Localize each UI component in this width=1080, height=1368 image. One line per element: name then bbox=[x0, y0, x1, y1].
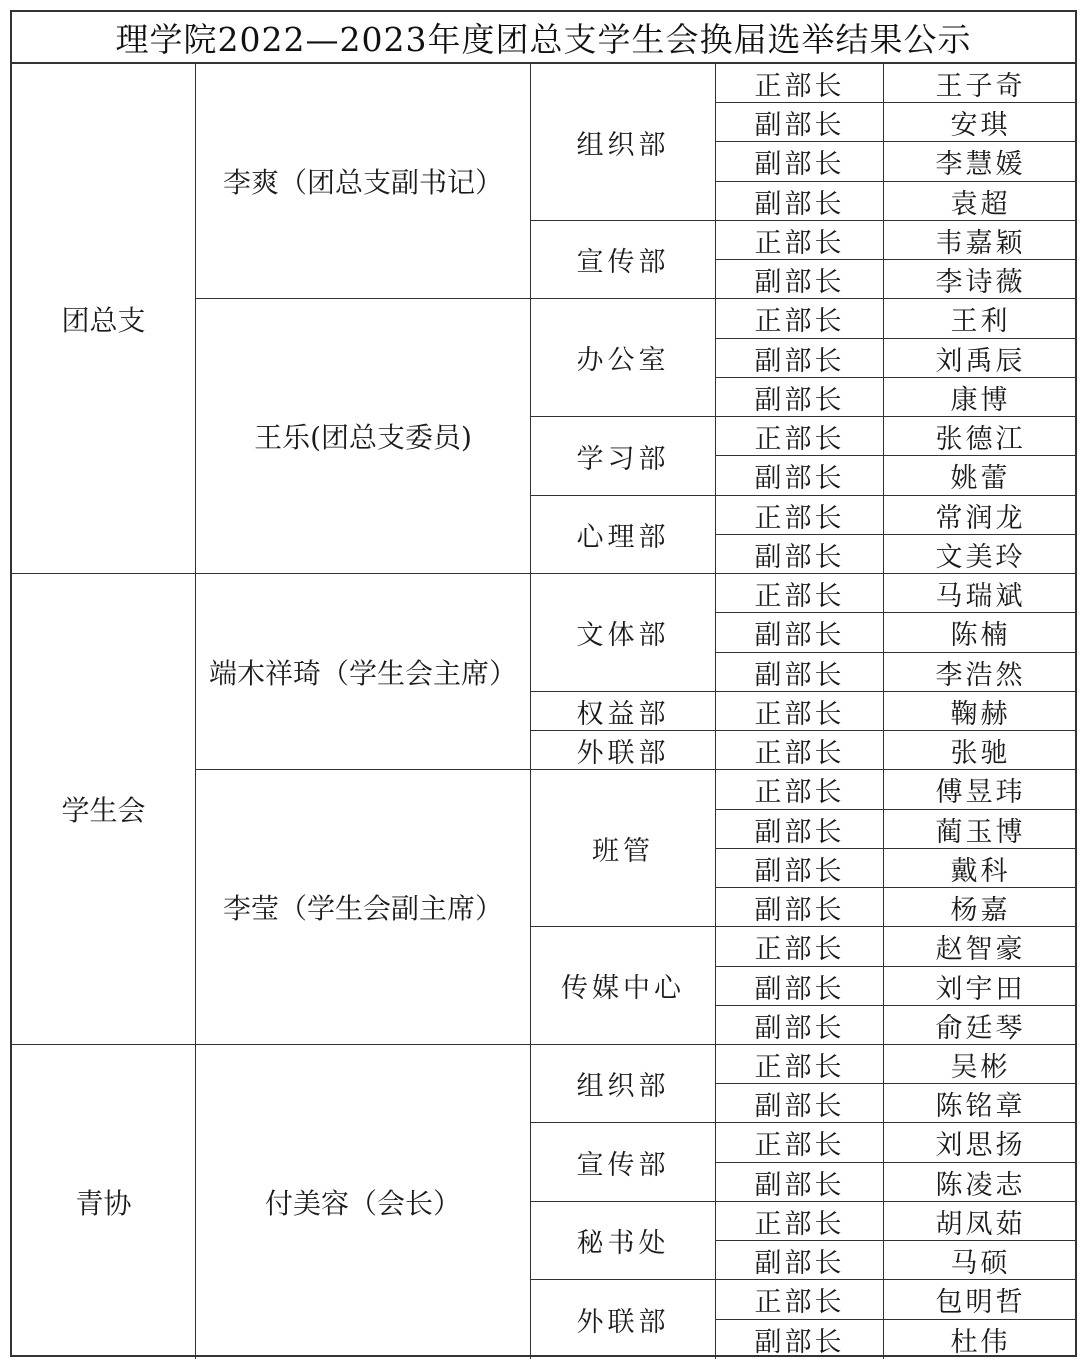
position-cell: 副部长 bbox=[716, 888, 884, 927]
member-name-cell: 吴彬 bbox=[884, 1045, 1077, 1084]
member-name-cell: 李诗薇 bbox=[884, 260, 1077, 299]
position-cell: 副部长 bbox=[716, 260, 884, 299]
department-cell: 权益部 bbox=[531, 692, 716, 731]
member-name-cell: 李浩然 bbox=[884, 653, 1077, 692]
leader-cell: 王乐(团总支委员) bbox=[196, 299, 531, 574]
member-name-cell: 张德江 bbox=[884, 417, 1077, 456]
member-name-cell: 陈铭章 bbox=[884, 1084, 1077, 1123]
department-cell: 学习部 bbox=[531, 417, 716, 496]
member-name-cell: 包明哲 bbox=[884, 1280, 1077, 1320]
member-name-cell: 鞠赫 bbox=[884, 692, 1077, 731]
department-cell: 外联部 bbox=[531, 731, 716, 770]
position-cell: 副部长 bbox=[716, 456, 884, 496]
position-cell: 正部长 bbox=[716, 221, 884, 260]
member-name-cell: 俞廷琴 bbox=[884, 1006, 1077, 1045]
position-cell: 正部长 bbox=[716, 496, 884, 535]
position-cell: 正部长 bbox=[716, 64, 884, 103]
position-cell: 副部长 bbox=[716, 849, 884, 888]
position-cell: 正部长 bbox=[716, 574, 884, 613]
member-name-cell: 杨嘉 bbox=[884, 888, 1077, 927]
member-name-cell: 刘禹辰 bbox=[884, 339, 1077, 378]
department-cell: 传媒中心 bbox=[531, 927, 716, 1045]
department-cell: 外联部 bbox=[531, 1280, 716, 1359]
department-cell: 秘书处 bbox=[531, 1202, 716, 1280]
position-cell: 副部长 bbox=[716, 1006, 884, 1045]
department-cell: 心理部 bbox=[531, 496, 716, 574]
member-name-cell: 傅昱玮 bbox=[884, 770, 1077, 810]
member-name-cell: 马硕 bbox=[884, 1241, 1077, 1280]
member-name-cell: 刘思扬 bbox=[884, 1123, 1077, 1163]
position-cell: 副部长 bbox=[716, 810, 884, 849]
position-cell: 副部长 bbox=[716, 1163, 884, 1202]
organization-cell: 学生会 bbox=[12, 574, 196, 1045]
member-name-cell: 常润龙 bbox=[884, 496, 1077, 535]
department-cell: 办公室 bbox=[531, 299, 716, 417]
member-name-cell: 赵智豪 bbox=[884, 927, 1077, 967]
department-cell: 文体部 bbox=[531, 574, 716, 692]
department-cell: 宣传部 bbox=[531, 221, 716, 299]
member-name-cell: 马瑞斌 bbox=[884, 574, 1077, 613]
position-cell: 正部长 bbox=[716, 927, 884, 967]
member-name-cell: 刘宇田 bbox=[884, 967, 1077, 1006]
organization-cell: 青协 bbox=[12, 1045, 196, 1359]
member-name-cell: 胡凤茹 bbox=[884, 1202, 1077, 1241]
leader-cell: 李莹（学生会副主席） bbox=[196, 770, 531, 1045]
member-name-cell: 戴科 bbox=[884, 849, 1077, 888]
leader-cell: 付美容（会长） bbox=[196, 1045, 531, 1359]
position-cell: 副部长 bbox=[716, 653, 884, 692]
position-cell: 正部长 bbox=[716, 1123, 884, 1163]
position-cell: 正部长 bbox=[716, 299, 884, 339]
department-cell: 宣传部 bbox=[531, 1123, 716, 1202]
position-cell: 副部长 bbox=[716, 1320, 884, 1359]
member-name-cell: 陈楠 bbox=[884, 613, 1077, 653]
position-cell: 正部长 bbox=[716, 1202, 884, 1241]
member-name-cell: 王利 bbox=[884, 299, 1077, 339]
position-cell: 副部长 bbox=[716, 613, 884, 653]
election-results-table: 理学院2022—2023年度团总支学生会换届选举结果公示 正部长王子奇副部长安琪… bbox=[10, 10, 1077, 1357]
department-cell: 班管 bbox=[531, 770, 716, 927]
position-cell: 副部长 bbox=[716, 1084, 884, 1123]
member-name-cell: 姚蕾 bbox=[884, 456, 1077, 496]
position-cell: 正部长 bbox=[716, 731, 884, 770]
position-cell: 副部长 bbox=[716, 535, 884, 574]
organization-cell: 团总支 bbox=[12, 64, 196, 574]
member-name-cell: 杜伟 bbox=[884, 1320, 1077, 1359]
member-name-cell: 蔺玉博 bbox=[884, 810, 1077, 849]
department-cell: 组织部 bbox=[531, 64, 716, 221]
position-cell: 正部长 bbox=[716, 1280, 884, 1320]
page-title: 理学院2022—2023年度团总支学生会换届选举结果公示 bbox=[12, 12, 1075, 64]
member-name-cell: 韦嘉颖 bbox=[884, 221, 1077, 260]
leader-cell: 端木祥琦（学生会主席） bbox=[196, 574, 531, 770]
position-cell: 副部长 bbox=[716, 967, 884, 1006]
position-cell: 正部长 bbox=[716, 692, 884, 731]
position-cell: 正部长 bbox=[716, 770, 884, 810]
position-cell: 副部长 bbox=[716, 378, 884, 417]
member-name-cell: 袁超 bbox=[884, 182, 1077, 221]
position-cell: 副部长 bbox=[716, 142, 884, 182]
position-cell: 副部长 bbox=[716, 103, 884, 142]
member-name-cell: 张驰 bbox=[884, 731, 1077, 770]
position-cell: 副部长 bbox=[716, 1241, 884, 1280]
member-name-cell: 李慧媛 bbox=[884, 142, 1077, 182]
position-cell: 正部长 bbox=[716, 1045, 884, 1084]
leader-cell: 李爽（团总支副书记） bbox=[196, 64, 531, 299]
position-cell: 副部长 bbox=[716, 182, 884, 221]
member-name-cell: 安琪 bbox=[884, 103, 1077, 142]
member-name-cell: 文美玲 bbox=[884, 535, 1077, 574]
member-name-cell: 王子奇 bbox=[884, 64, 1077, 103]
member-name-cell: 陈凌志 bbox=[884, 1163, 1077, 1202]
position-cell: 副部长 bbox=[716, 339, 884, 378]
member-name-cell: 康博 bbox=[884, 378, 1077, 417]
position-cell: 正部长 bbox=[716, 417, 884, 456]
department-cell: 组织部 bbox=[531, 1045, 716, 1123]
